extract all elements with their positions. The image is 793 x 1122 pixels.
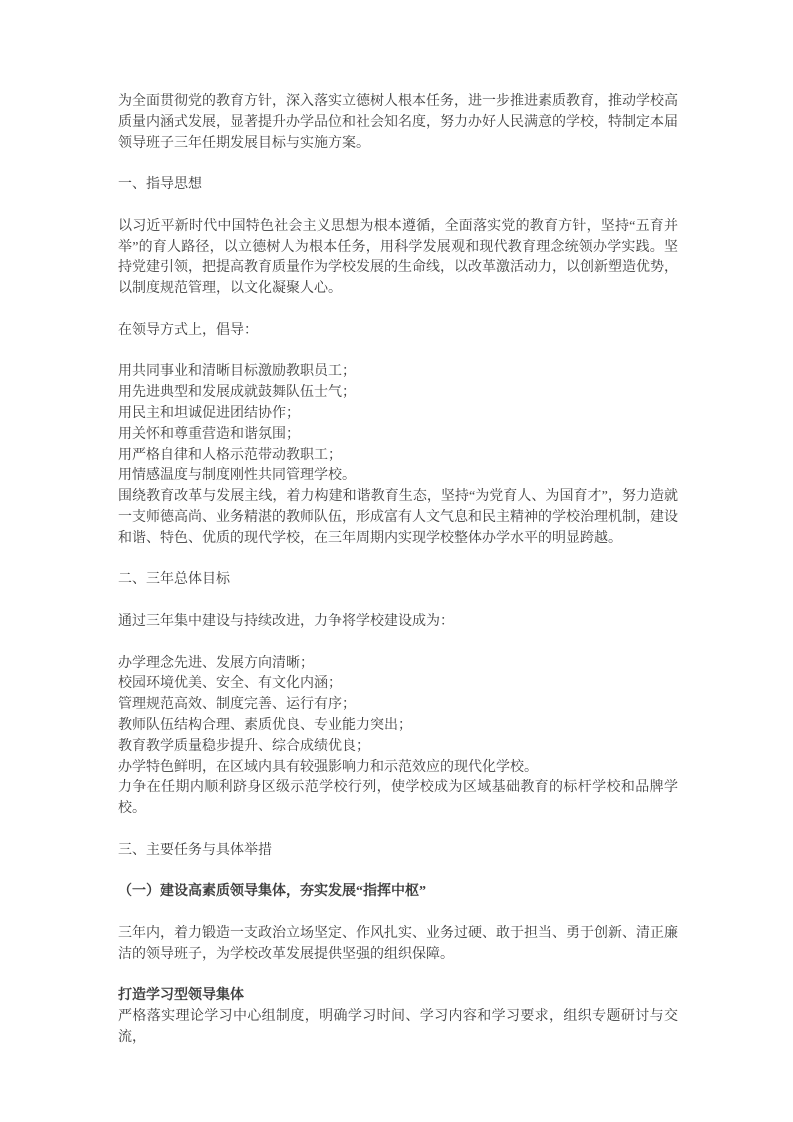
paragraph-goals-intro: 通过三年集中建设与持续改进，力争将学校建设成为： [118,612,678,633]
subsection-heading-1: （一）建设高素质领导集体，夯实发展“指挥中枢” [118,882,678,903]
section-heading-3: 三、主要任务与具体举措 [118,841,678,862]
list-line-5: 用严格自律和人格示范带动教职工； [118,446,678,467]
section-heading-1: 一、指导思想 [118,175,678,196]
list-line-6: 用情感温度与制度刚性共同管理学校。 [118,466,678,487]
document-page: 为全面贯彻党的教育方针，深入落实立德树人根本任务，进一步推进素质教育，推动学校高… [0,0,793,1122]
paragraph-intro: 为全面贯彻党的教育方针，深入落实立德树人根本任务，进一步推进素质教育，推动学校高… [118,92,678,154]
goal-line-4: 教师队伍结构合理、素质优良、专业能力突出； [118,716,678,737]
paragraph-education-reform: 围绕教育改革与发展主线，着力构建和谐教育生态，坚持“为党育人、为国育才”，努力造… [118,487,678,549]
list-line-4: 用关怀和尊重营造和谐氛围； [118,425,678,446]
paragraph-guiding-ideology: 以习近平新时代中国特色社会主义思想为根本遵循，全面落实党的教育方针，坚持“五育并… [118,217,678,300]
paragraph-leadership-style: 在领导方式上，倡导： [118,321,678,342]
paragraph-leadership-team: 三年内，着力锻造一支政治立场坚定、作风扎实、业务过硬、敢于担当、勇于创新、清正廉… [118,924,678,966]
list-line-2: 用先进典型和发展成就鼓舞队伍士气； [118,383,678,404]
goal-line-2: 校园环境优美、安全、有文化内涵； [118,674,678,695]
paragraph-theory-study: 严格落实理论学习中心组制度，明确学习时间、学习内容和学习要求，组织专题研讨与交流… [118,1007,678,1049]
paragraph-benchmark-goal: 力争在任期内顺利跻身区级示范学校行列，使学校成为区域基础教育的标杆学校和品牌学校… [118,778,678,820]
subheading-learning-team: 打造学习型领导集体 [118,986,678,1007]
list-line-3: 用民主和坦诚促进团结协作； [118,404,678,425]
goal-line-1: 办学理念先进、发展方向清晰； [118,654,678,675]
list-line-1: 用共同事业和清晰目标激励教职员工； [118,362,678,383]
goal-line-3: 管理规范高效、制度完善、运行有序； [118,695,678,716]
goal-line-5: 教育教学质量稳步提升、综合成绩优良； [118,737,678,758]
goal-line-6: 办学特色鲜明，在区域内具有较强影响力和示范效应的现代化学校。 [118,758,678,779]
section-heading-2: 二、三年总体目标 [118,570,678,591]
document-body: 为全面贯彻党的教育方针，深入落实立德树人根本任务，进一步推进素质教育，推动学校高… [118,92,678,1049]
